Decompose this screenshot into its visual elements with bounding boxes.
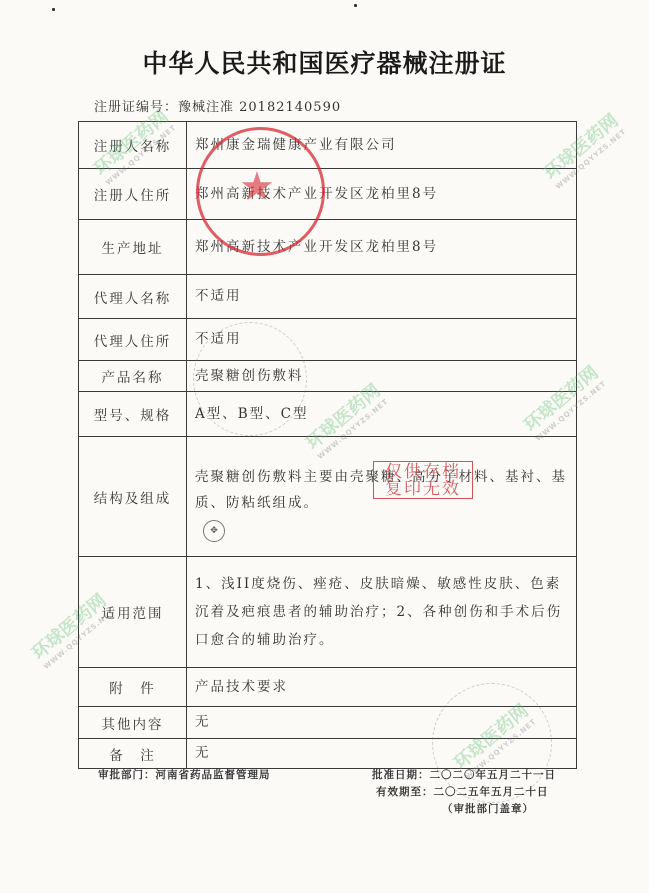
row-label: 附 件	[79, 668, 187, 707]
row-value: 不适用	[187, 319, 577, 361]
table-row: 型号、规格 A型、B型、C型	[79, 392, 577, 437]
table-row: 适用范围 1、浅II度烧伤、痤疮、皮肤暗燥、敏感性皮肤、色素沉着及疤痕患者的辅助…	[79, 557, 577, 668]
row-value: 无	[187, 739, 577, 769]
seal-note: （审批部门盖章）	[372, 801, 556, 818]
valid-until-date: 有效期至：二〇二五年五月二十日	[372, 784, 556, 801]
row-value: 壳聚糖创伤敷料主要由壳聚糖、高分子材料、基衬、基质、防粘纸组成。	[187, 437, 577, 557]
row-value: 壳聚糖创伤敷料	[187, 361, 577, 392]
scan-speck	[52, 8, 55, 11]
registration-number: 注册证编号：豫械注准 20182140590	[94, 96, 341, 115]
row-value: 产品技术要求	[187, 668, 577, 707]
row-value: 无	[187, 707, 577, 739]
row-label: 产品名称	[79, 361, 187, 392]
page-title: 中华人民共和国医疗器械注册证	[0, 44, 649, 80]
row-label: 结构及组成	[79, 437, 187, 557]
row-label: 其他内容	[79, 707, 187, 739]
table-row: 备 注 无	[79, 739, 577, 769]
row-value: 郑州康金瑞健康产业有限公司	[187, 122, 577, 169]
scan-speck	[354, 4, 357, 7]
row-value: 1、浅II度烧伤、痤疮、皮肤暗燥、敏感性皮肤、色素沉着及疤痕患者的辅助治疗；2、…	[187, 557, 577, 668]
table-row: 生产地址 郑州高新技术产业开发区龙柏里8号	[79, 220, 577, 275]
table-row: 代理人住所 不适用	[79, 319, 577, 361]
row-value: 郑州高新技术产业开发区龙柏里8号	[187, 220, 577, 275]
table-row: 代理人名称 不适用	[79, 275, 577, 319]
row-value: A型、B型、C型	[187, 392, 577, 437]
row-label: 注册人名称	[79, 122, 187, 169]
row-value: 不适用	[187, 275, 577, 319]
table-row: 注册人住所 郑州高新技术产业开发区龙柏里8号	[79, 169, 577, 220]
row-label: 型号、规格	[79, 392, 187, 437]
row-value: 郑州高新技术产业开发区龙柏里8号	[187, 169, 577, 220]
row-label: 备 注	[79, 739, 187, 769]
move-arrows-icon: ✥	[203, 520, 225, 542]
approval-date: 批准日期：二〇二〇年五月二十一日	[372, 767, 556, 784]
table-row: 其他内容 无	[79, 707, 577, 739]
row-label: 代理人住所	[79, 319, 187, 361]
table-row: 结构及组成 壳聚糖创伤敷料主要由壳聚糖、高分子材料、基衬、基质、防粘纸组成。	[79, 437, 577, 557]
approval-dates: 批准日期：二〇二〇年五月二十一日 有效期至：二〇二五年五月二十日 （审批部门盖章…	[372, 767, 556, 818]
certificate-table: 注册人名称 郑州康金瑞健康产业有限公司 注册人住所 郑州高新技术产业开发区龙柏里…	[78, 121, 577, 769]
approval-department: 审批部门：河南省药品监督管理局	[98, 767, 271, 782]
row-label: 代理人名称	[79, 275, 187, 319]
row-label: 注册人住所	[79, 169, 187, 220]
row-label: 生产地址	[79, 220, 187, 275]
table-row: 产品名称 壳聚糖创伤敷料	[79, 361, 577, 392]
table-row: 注册人名称 郑州康金瑞健康产业有限公司	[79, 122, 577, 169]
table-row: 附 件 产品技术要求	[79, 668, 577, 707]
row-label: 适用范围	[79, 557, 187, 668]
